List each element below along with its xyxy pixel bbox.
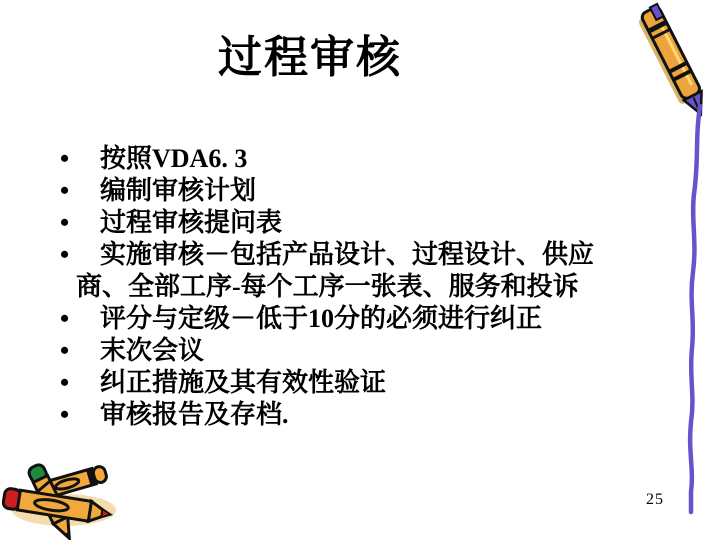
- bullet-icon: •: [60, 399, 69, 431]
- bullet-text: 过程审核提问表: [100, 208, 282, 237]
- bullet-icon: •: [60, 335, 69, 367]
- bullet-icon: •: [60, 367, 69, 399]
- bullet-text: 实施审核－包括产品设计、过程设计、供应商、全部工序-每个工序一张表、服务和投诉: [76, 240, 594, 301]
- list-item: •评分与定级－低于10分的必须进行纠正: [0, 303, 606, 335]
- list-item: •过程审核提问表: [0, 207, 606, 239]
- bullet-text: 审核报告及存档.: [100, 400, 289, 429]
- bullet-icon: •: [60, 303, 69, 335]
- list-item: •实施审核－包括产品设计、过程设计、供应商、全部工序-每个工序一张表、服务和投诉: [0, 239, 606, 303]
- page-number: 25: [646, 491, 664, 509]
- bullet-text: 末次会议: [100, 336, 204, 365]
- bullet-icon: •: [60, 207, 69, 239]
- crossed-pencils-icon: [2, 448, 142, 540]
- list-item: •编制审核计划: [0, 175, 606, 207]
- list-item: •按照VDA6. 3: [0, 143, 606, 175]
- bullet-text: 按照VDA6. 3: [100, 144, 247, 173]
- list-item: •末次会议: [0, 335, 606, 367]
- bullet-icon: •: [60, 175, 69, 207]
- page-title: 过程审核: [0, 34, 620, 82]
- slide-canvas: 过程审核 •按照VDA6. 3 •编制审核计划 •过程审核提问表 •实施审核－包…: [0, 0, 720, 540]
- bullet-text: 纠正措施及其有效性验证: [100, 368, 386, 397]
- bullet-text: 评分与定级－低于10分的必须进行纠正: [100, 304, 542, 333]
- bullet-icon: •: [60, 239, 69, 271]
- bullet-list: •按照VDA6. 3 •编制审核计划 •过程审核提问表 •实施审核－包括产品设计…: [0, 143, 606, 431]
- list-item: •纠正措施及其有效性验证: [0, 367, 606, 399]
- bullet-text: 编制审核计划: [100, 176, 256, 205]
- bullet-icon: •: [60, 143, 69, 175]
- list-item: •审核报告及存档.: [0, 399, 606, 431]
- squiggle-line-icon: [678, 104, 712, 516]
